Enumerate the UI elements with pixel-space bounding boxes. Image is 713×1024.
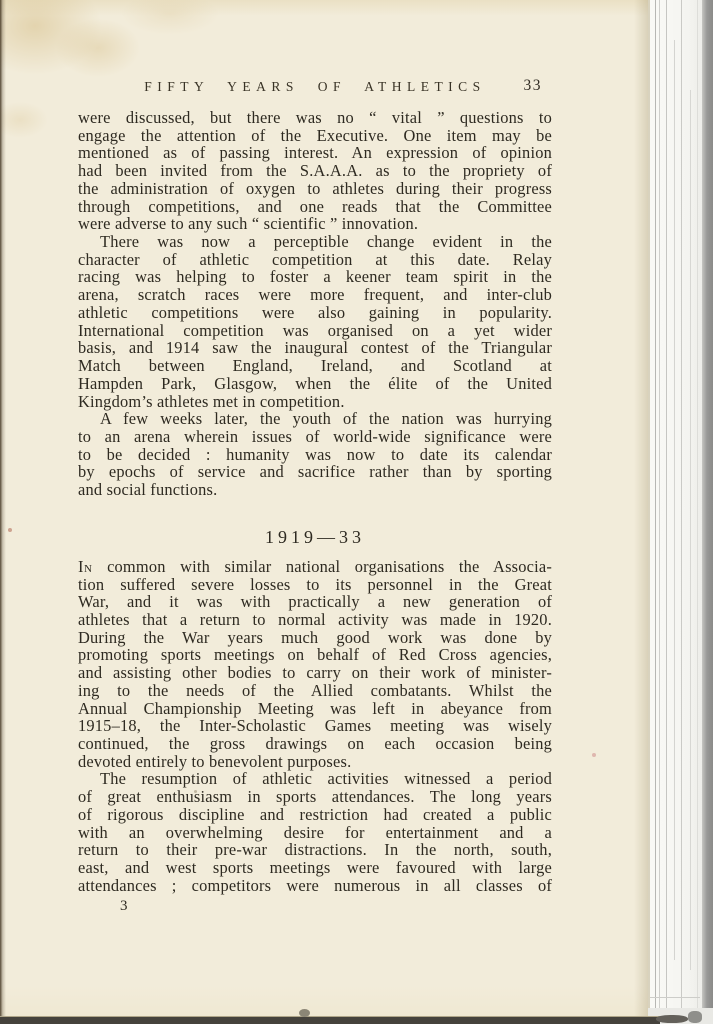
text-line: by epochs of service and sacrifice rathe… <box>78 463 552 481</box>
text-line: basis, and 1914 saw the inaugural contes… <box>78 339 552 357</box>
page-edge-line <box>690 90 691 970</box>
text-line: arena, scratch races were more frequent,… <box>78 286 552 304</box>
section-heading: 1919—33 <box>78 525 552 549</box>
paragraph: A few weeks later, the youth of the nati… <box>78 410 552 499</box>
text-line: with an overwhelming desire for entertai… <box>78 824 552 842</box>
scanner-background <box>702 0 713 1024</box>
text-line: racing was helping to foster a keener te… <box>78 268 552 286</box>
text-line: athletic competitions were also gaining … <box>78 304 552 322</box>
text-line: There was now a perceptible change evide… <box>78 233 552 251</box>
small-caps-lead: In <box>78 557 93 576</box>
text-line: athletes that a return to normal activit… <box>78 611 552 629</box>
page-edge-line <box>666 0 667 1024</box>
text-line: were discussed, but there was no “ vital… <box>78 109 552 127</box>
text-line: of rigorous discipline and restriction h… <box>78 806 552 824</box>
paper-speck <box>8 528 12 532</box>
text-line: Annual Championship Meeting was left in … <box>78 700 552 718</box>
paper-speck <box>592 753 596 757</box>
text-line: of great enthusiasm in sports attendance… <box>78 788 552 806</box>
paragraph: The resumption of athletic activities wi… <box>78 770 552 894</box>
text-line: the administration of oxygen to athletes… <box>78 180 552 198</box>
running-header-title: FIFTY YEARS OF ATHLETICS <box>78 79 552 95</box>
text-line: east, and west sports meetings were favo… <box>78 859 552 877</box>
text-line: promoting sports meetings on behalf of R… <box>78 646 552 664</box>
text-line: engage the attention of the Executive. O… <box>78 127 552 145</box>
page-edge-horizontal-line <box>650 997 700 998</box>
text-line: War, and it was with practically a new g… <box>78 593 552 611</box>
text-line: continued, the gross drawings on each oc… <box>78 735 552 753</box>
text-line: character of athletic competition at thi… <box>78 251 552 269</box>
text-line: return to their pre-war distractions. In… <box>78 841 552 859</box>
text-line: A few weeks later, the youth of the nati… <box>78 410 552 428</box>
paragraph: were discussed, but there was no “ vital… <box>78 109 552 233</box>
text-line: Kingdom’s athletes met in competition. <box>78 393 552 411</box>
book-fore-edge-strip <box>648 0 702 1024</box>
text-line: 1915–18, the Inter-Scholastic Games meet… <box>78 717 552 735</box>
text-line: through competitions, and one reads that… <box>78 198 552 216</box>
scan-artifact-speck <box>299 1009 310 1017</box>
text-line: and assisting other bodies to carry on t… <box>78 664 552 682</box>
text-line: During the War years much good work was … <box>78 629 552 647</box>
text-line: to an arena wherein issues of world-wide… <box>78 428 552 446</box>
page-edge-line <box>697 0 698 1024</box>
scan-artifact-blob <box>656 1015 688 1023</box>
page-edge-line <box>659 0 660 1024</box>
text-line: Match between England, Ireland, and Scot… <box>78 357 552 375</box>
text-line: were adverse to any such “ scientific ” … <box>78 215 552 233</box>
text-line: devoted entirely to benevolent purposes. <box>78 753 552 771</box>
text-line: In common with similar national organisa… <box>78 558 552 576</box>
page-text-block: were discussed, but there was no “ vital… <box>78 109 552 916</box>
text-line: had been invited from the S.A.A.A. as to… <box>78 162 552 180</box>
running-header-row: FIFTY YEARS OF ATHLETICS 33 <box>78 79 552 99</box>
text-line: Hampden Park, Glasgow, when the élite of… <box>78 375 552 393</box>
text-line: mentioned as of passing interest. An exp… <box>78 144 552 162</box>
signature-mark: 3 <box>78 898 552 916</box>
text-line: The resumption of athletic activities wi… <box>78 770 552 788</box>
bottom-scan-edge <box>0 1016 660 1024</box>
text-line: attendances ; competitors were numerous … <box>78 877 552 895</box>
paragraph: There was now a perceptible change evide… <box>78 233 552 410</box>
page-edge-line <box>655 0 656 1024</box>
text-line: ing to the needs of the Allied combatant… <box>78 682 552 700</box>
text-line: International competition was organised … <box>78 322 552 340</box>
text-line: tion suffered severe losses to its perso… <box>78 576 552 594</box>
text-line: and social functions. <box>78 481 552 499</box>
page-edge-line <box>681 0 682 1024</box>
page-number: 33 <box>524 77 543 95</box>
paragraph: In common with similar national organisa… <box>78 558 552 771</box>
scan-artifact-blob <box>688 1011 702 1023</box>
page-edge-line <box>674 40 675 960</box>
book-page: FIFTY YEARS OF ATHLETICS 33 were discuss… <box>0 0 650 1017</box>
text-line: to be decided : humanity was now to date… <box>78 446 552 464</box>
